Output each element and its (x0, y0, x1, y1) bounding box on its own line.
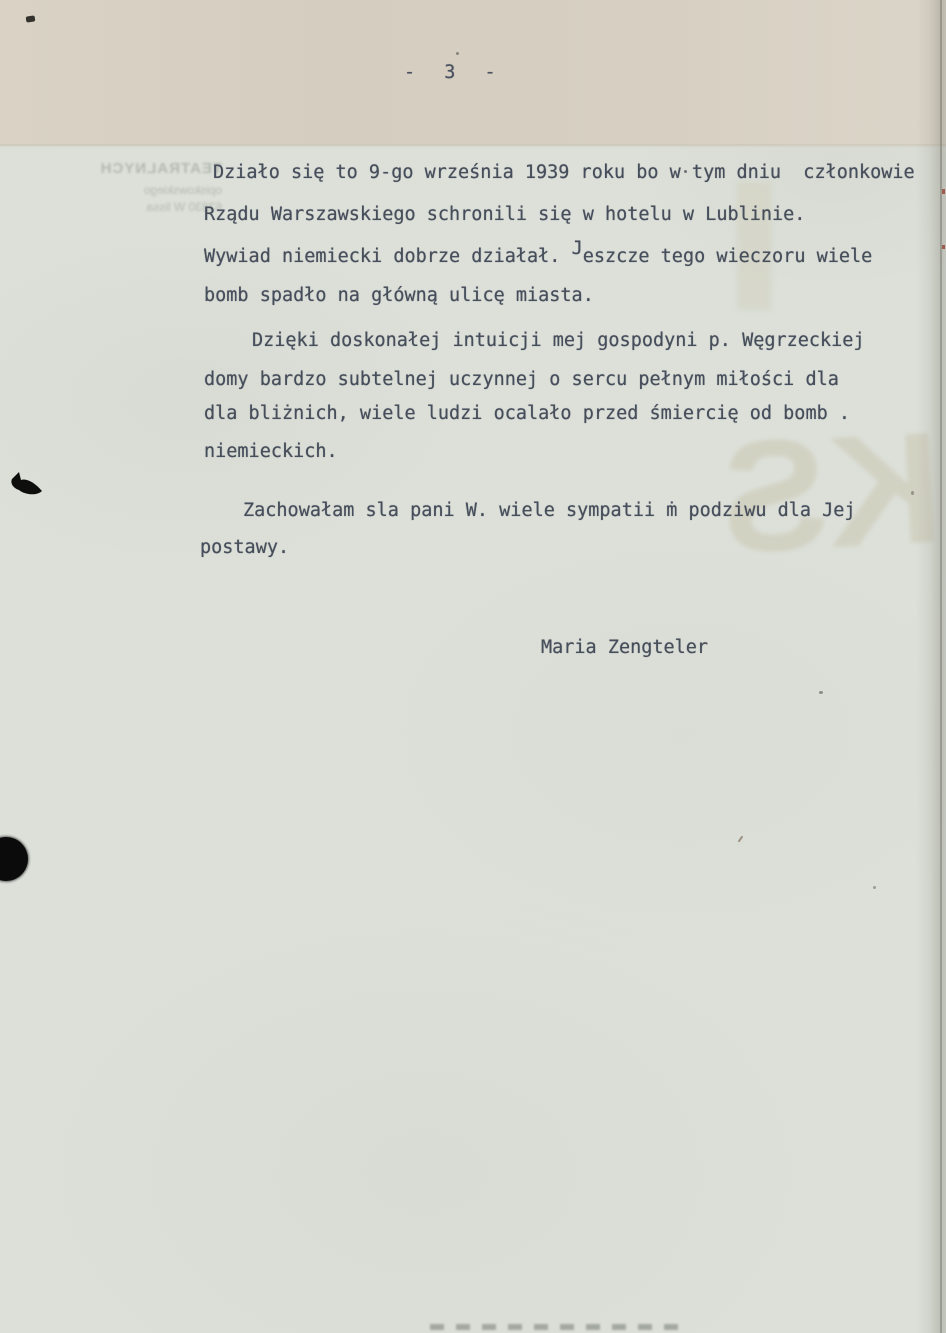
typed-line-part: eszcze tego wieczoru wiele (583, 246, 873, 267)
typed-line: Działo się to 9-go września 1939 roku bo… (213, 162, 915, 184)
bleed-stamp-line: opiskowskiego (42, 183, 222, 197)
typed-line: bomb spadło na główną ulicę miasta. (204, 285, 594, 307)
paper-speck (911, 491, 914, 495)
typed-line: Rządu Warszawskiego schronili się w hote… (204, 204, 805, 226)
raised-letter: J (572, 238, 583, 259)
page-number: - 3 - (404, 62, 505, 84)
watermark-letters: KS (717, 402, 946, 593)
bleed-stamp-line: 63830 W lissa (42, 200, 222, 214)
scanned-page: TEATRALNYCH opiskowskiego 63830 W lissa … (0, 0, 946, 1333)
bleed-stamp-line: TEATRALNYCH (42, 160, 222, 177)
typed-line: domy bardzo subtelnej uczynnej o sercu p… (204, 369, 839, 391)
page-edge-line (940, 0, 942, 1333)
paper-speck (738, 836, 744, 843)
bottom-bleed-smudge (430, 1324, 690, 1330)
typed-line: Dzięki doskonałej intuicji mej gospodyni… (252, 330, 865, 352)
typed-line: niemieckich. (204, 441, 338, 463)
typed-line: Zachowałam sla pani W. wiele sympatii ṁ … (243, 500, 856, 522)
punch-hole (0, 837, 28, 881)
ink-blot (8, 470, 48, 506)
typed-line-part: Wywiad niemiecki dobrze działał. (204, 246, 572, 267)
signature-line: Maria Zengteler (541, 637, 708, 659)
bleed-through-stamp: TEATRALNYCH opiskowskiego 63830 W lissa (42, 160, 222, 214)
typed-line: postawy. (200, 537, 289, 559)
paper-speck (684, 170, 687, 173)
paper-speck (819, 691, 823, 694)
ink-mark-top-left (26, 15, 36, 22)
typed-line: Wywiad niemiecki dobrze działał. Jeszcze… (204, 246, 872, 268)
paper-speck (456, 52, 459, 55)
typed-line: dla bliżnich, wiele ludzi ocalało przed … (204, 403, 850, 425)
paper-speck (873, 886, 876, 889)
